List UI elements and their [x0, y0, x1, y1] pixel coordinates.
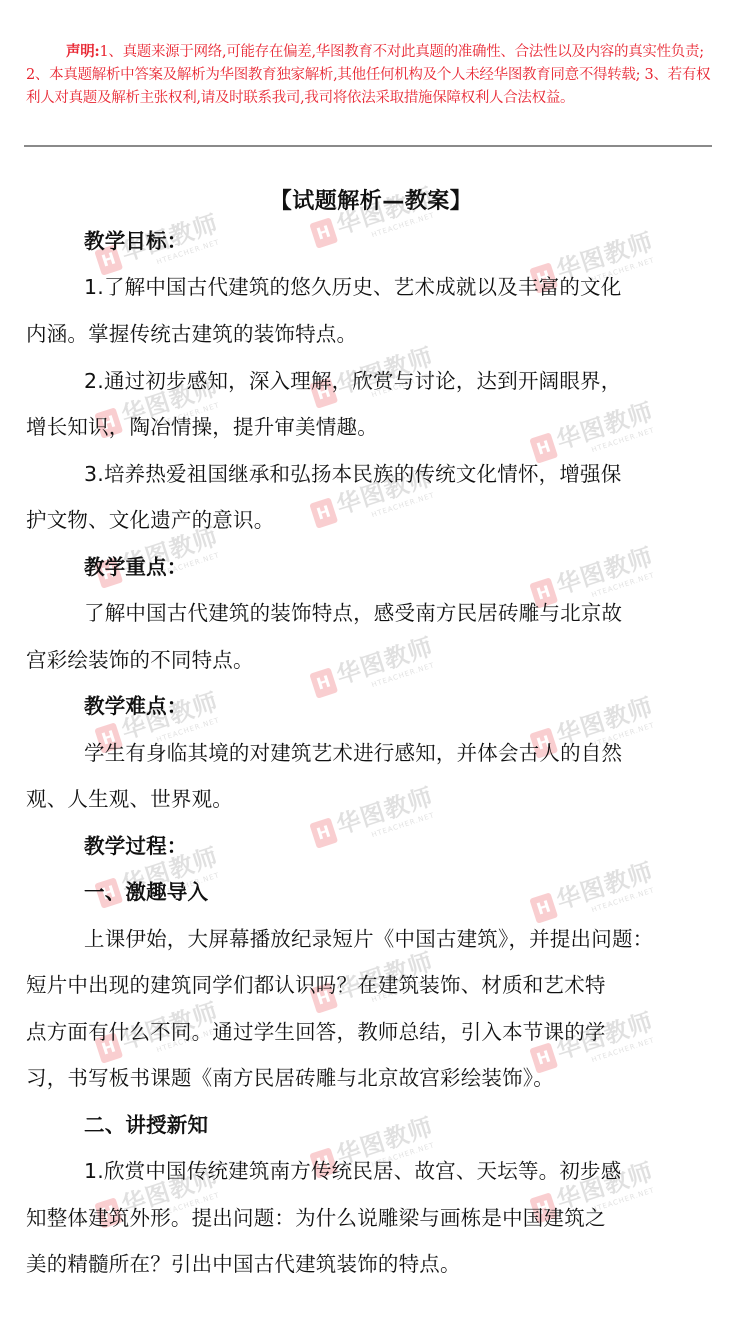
paragraph-line: 短片中出现的建筑同学们都认识吗？在建筑装饰、材质和艺术特	[26, 971, 716, 999]
disclaimer-lead: 声明:	[66, 43, 99, 60]
disclaimer-notice: 声明:1、真题来源于网络,可能存在偏差,华图教育不对此真题的准确性、合法性以及内…	[26, 40, 712, 110]
paragraph-line: 1.了解中国古代建筑的悠久历史、艺术成就以及丰富的文化	[26, 273, 748, 301]
paragraph-line: 习，书写板书课题《南方民居砖雕与北京故宫彩绘装饰》。	[26, 1064, 716, 1092]
disclaimer-text: 1、真题来源于网络,可能存在偏差,华图教育不对此真题的准确性、合法性以及内容的真…	[26, 44, 710, 106]
paragraph-line: 增长知识，陶冶情操，提升审美情趣。	[26, 413, 716, 441]
paragraph-line: 护文物、文化遗产的意识。	[26, 506, 716, 534]
paragraph-line: 1.欣赏中国传统建筑南方传统民居、故宫、天坛等。初步感	[26, 1157, 748, 1185]
paragraph-line: 了解中国古代建筑的装饰特点，感受南方民居砖雕与北京故	[26, 599, 748, 627]
section-heading: 一、激趣导入	[26, 878, 748, 906]
paragraph-line: 学生有身临其境的对建筑艺术进行感知，并体会古人的自然	[26, 739, 748, 767]
separator-rule	[24, 145, 712, 147]
section-heading: 教学目标：	[26, 227, 748, 255]
paragraph-line: 上课伊始，大屏幕播放纪录短片《中国古建筑》，并提出问题：	[26, 925, 748, 953]
section-heading: 教学过程：	[26, 832, 748, 860]
document-title: 【试题解析—教案】	[26, 184, 716, 215]
paragraph-line: 3.培养热爱祖国继承和弘扬本民族的传统文化情怀，增强保	[26, 460, 748, 488]
section-heading: 教学难点：	[26, 692, 748, 720]
paragraph-line: 美的精髓所在？引出中国古代建筑装饰的特点。	[26, 1250, 716, 1278]
document-page: 声明:1、真题来源于网络,可能存在偏差,华图教育不对此真题的准确性、合法性以及内…	[0, 0, 748, 1335]
section-heading: 教学重点：	[26, 553, 748, 581]
paragraph-line: 宫彩绘装饰的不同特点。	[26, 646, 716, 674]
paragraph-line: 知整体建筑外形。提出问题：为什么说雕梁与画栋是中国建筑之	[26, 1204, 716, 1232]
paragraph-line: 点方面有什么不同。通过学生回答，教师总结，引入本节课的学	[26, 1018, 716, 1046]
section-heading: 二、讲授新知	[26, 1111, 748, 1139]
paragraph-line: 2.通过初步感知，深入理解，欣赏与讨论，达到开阔眼界，	[26, 367, 748, 395]
paragraph-line: 观、人生观、世界观。	[26, 785, 716, 813]
paragraph-line: 内涵。掌握传统古建筑的装饰特点。	[26, 320, 716, 348]
